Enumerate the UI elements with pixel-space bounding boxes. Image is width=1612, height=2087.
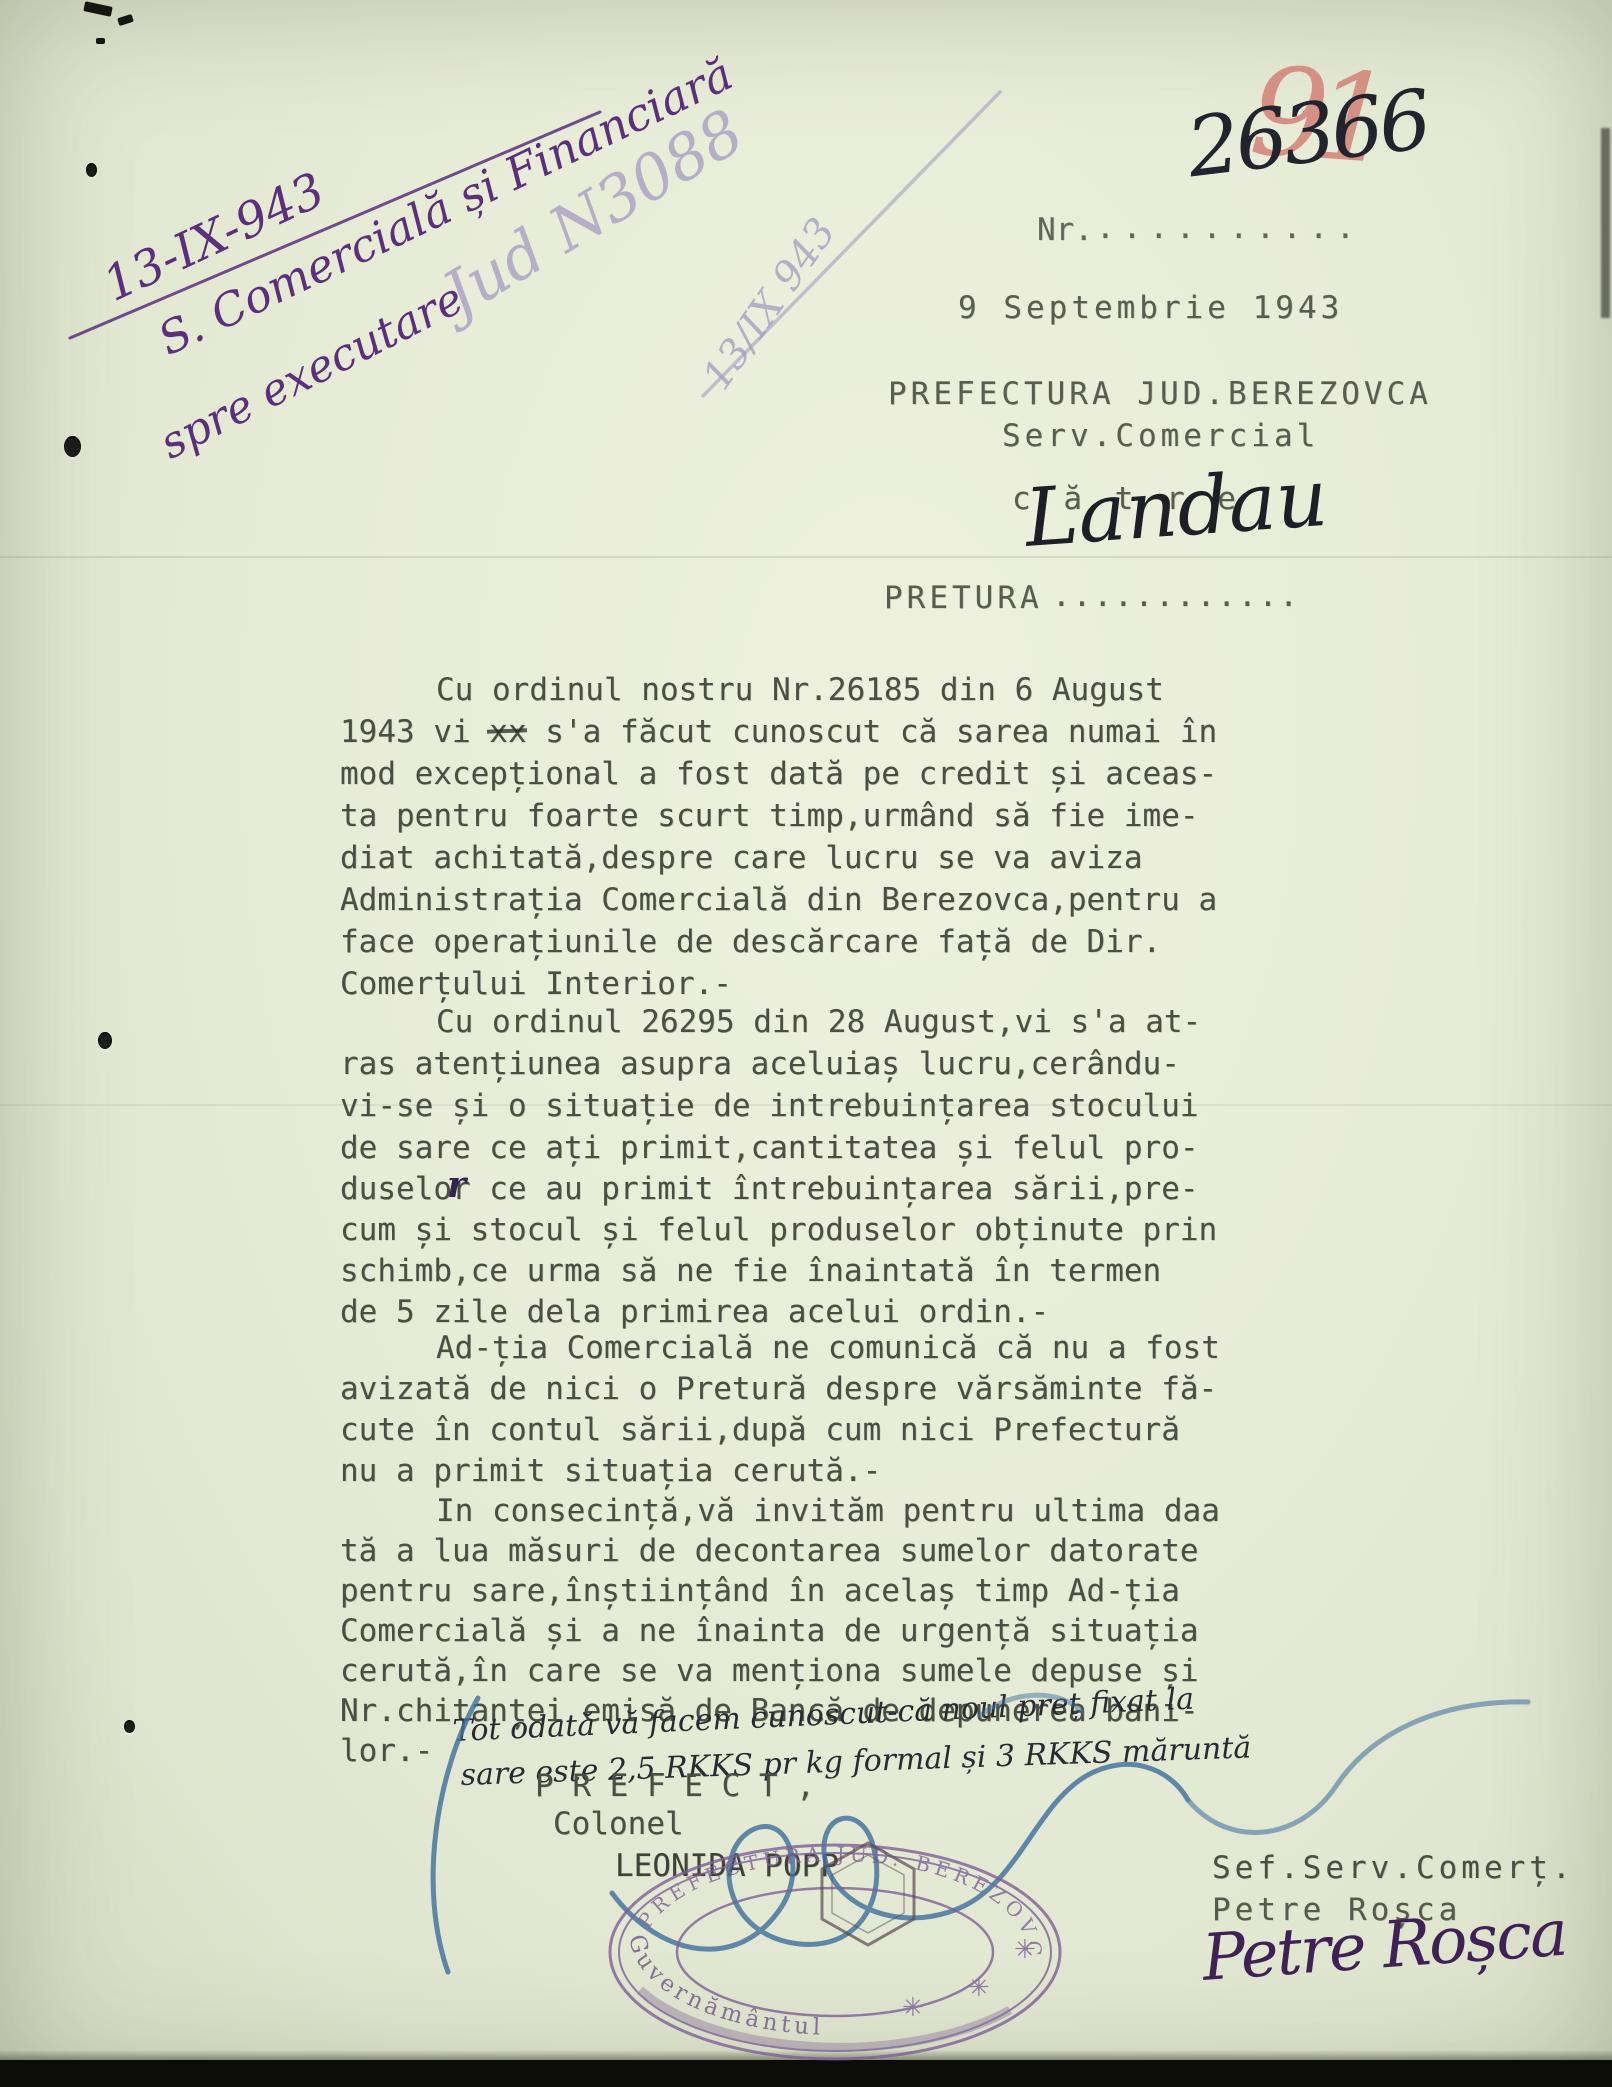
svg-text:Guvernământul: Guvernământul: [623, 1932, 825, 2041]
fold-crease: [0, 556, 1612, 558]
body-line: nu a primit situația cerută.-: [340, 1453, 881, 1489]
scan-edge-mark: [1601, 128, 1610, 318]
body-line: schimb,ce urma să ne fie înaintată în te…: [340, 1253, 1161, 1289]
stamp-arc-bottom-text: Guvernământul: [623, 1932, 825, 2041]
pretura-dots: ............: [1052, 578, 1300, 614]
body-line: ras atențiunea asupra aceluiaș lucru,cer…: [340, 1046, 1180, 1082]
body-line: tă a lua măsuri de decontarea sumelor da…: [340, 1533, 1199, 1569]
scan-edge-mark: [117, 14, 134, 26]
stamp-star: ✳: [902, 1993, 924, 2023]
body-line: cerută,în care se va menționa sumele dep…: [340, 1653, 1199, 1689]
punch-hole: [124, 1720, 135, 1733]
body-line: cum și stocul și felul produselor obținu…: [340, 1212, 1217, 1248]
chief-title: Sef.Serv.Comerț.: [1212, 1850, 1575, 1886]
stamp-star: ✳: [1014, 1935, 1036, 1965]
prefect-rank: Colonel: [553, 1806, 684, 1842]
body-line: face operațiunile de descărcare față de …: [340, 924, 1161, 960]
pretura-label: PRETURA: [884, 580, 1043, 616]
punch-hole: [98, 1032, 112, 1049]
pretura-name-handwritten: Landau: [1022, 451, 1331, 565]
issuer-line-2: Serv.Comercial: [1002, 418, 1319, 454]
body-line: Administrația Comercială din Berezovca,p…: [340, 882, 1217, 918]
date-line: 9 Septembrie 1943: [958, 290, 1343, 326]
handwritten-r-correction: r: [447, 1164, 466, 1206]
bottom-scan-bar: [0, 2060, 1612, 2087]
annotation-pencil-date: 13/IX 943: [694, 210, 845, 398]
prefect-name: LEONIDA POPP: [615, 1848, 839, 1884]
body-line: avizată de nici o Pretură despre vărsămi…: [340, 1371, 1217, 1407]
body-line: de 5 zile dela primirea acelui ordin.-: [340, 1294, 1049, 1330]
body-line: Comerțului Interior.-: [340, 966, 732, 1002]
bottom-scan-shadow: [0, 2050, 1612, 2060]
nr-dots: ..........: [1096, 210, 1363, 246]
body-line: 1943 vi xx s'a făcut cunoscut că sarea n…: [340, 714, 1217, 750]
body-line: Cu ordinul nostru Nr.26185 din 6 August: [436, 672, 1164, 708]
stamp-star: ✳: [968, 1973, 990, 2003]
body-line: In consecință,vă invităm pentru ultima d…: [436, 1493, 1220, 1529]
body-line: ta pentru foarte scurt timp,urmând să fi…: [340, 798, 1199, 834]
body-line: duselor ce au primit întrebuințarea sări…: [340, 1171, 1199, 1207]
punch-hole: [86, 163, 97, 177]
document-page: 13-IX-943 S. Comercială și Financiară sp…: [0, 0, 1612, 2087]
body-line: Ad-ția Comercială ne comunică că nu a fo…: [436, 1330, 1220, 1366]
body-line: de sare ce ați primit,cantitatea și felu…: [340, 1130, 1199, 1166]
issuer-line-1: PREFECTURA JUD.BEREZOVCA: [888, 376, 1432, 412]
body-line: pentru sare,înștiințând în acelaș timp A…: [340, 1573, 1180, 1609]
body-line: vi-se și o situație de intrebuințarea st…: [340, 1088, 1199, 1124]
prefect-title: P R E F E C T ,: [535, 1768, 815, 1804]
body-line: diat achitată,despre care lucru se va av…: [340, 840, 1143, 876]
nr-label: Nr.: [1037, 212, 1093, 248]
body-line: mod excepțional a fost dată pe credit și…: [340, 756, 1217, 792]
body-line: cute în contul sării,după cum nici Prefe…: [340, 1412, 1180, 1448]
scan-edge-mark: [96, 38, 105, 44]
body-line: Comercială și a ne înainta de urgență si…: [340, 1613, 1199, 1649]
body-line: Cu ordinul 26295 din 28 August,vi s'a at…: [436, 1004, 1201, 1040]
punch-hole: [64, 436, 81, 457]
scan-edge-mark: [83, 1, 112, 17]
body-line: lor.-: [340, 1733, 433, 1769]
registration-number-handwritten: 26366: [1182, 73, 1433, 197]
